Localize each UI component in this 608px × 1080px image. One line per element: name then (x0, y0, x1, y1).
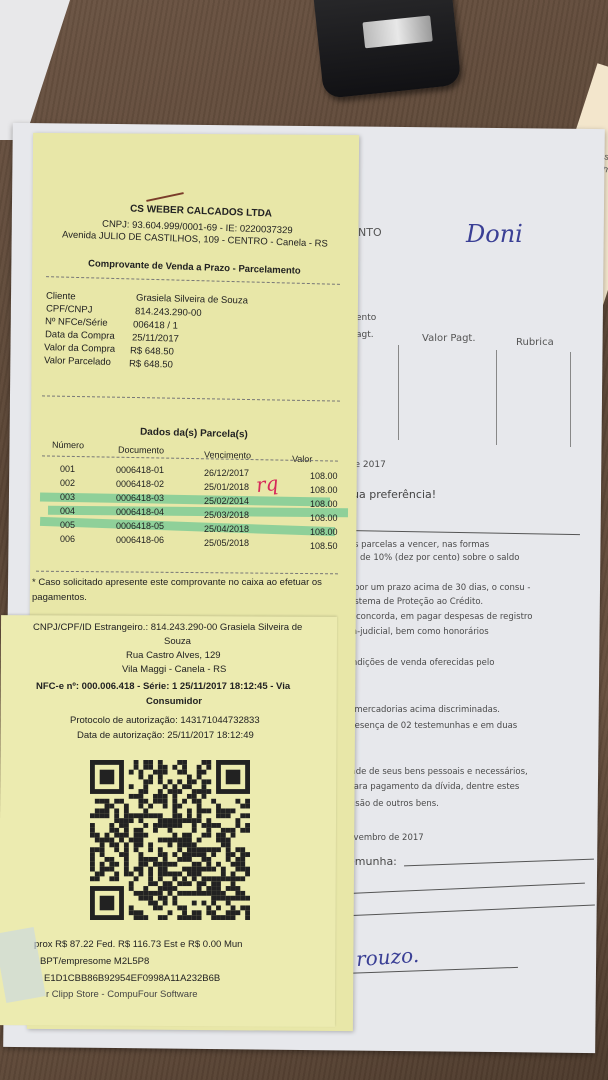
column-header: Número (52, 440, 84, 451)
installment-valor: 108.00 (310, 471, 338, 481)
installment-numero: 002 (60, 478, 75, 488)
field-value: 814.243.290-00 (134, 306, 201, 319)
contract-line: le para pagamento da dívida, dentre este… (338, 782, 519, 792)
column-header: Documento (118, 445, 164, 456)
installment-numero: 005 (60, 520, 75, 530)
receipt-note: pagamentos. (32, 592, 87, 603)
field-value: 25/11/2017 (131, 332, 178, 344)
installment-vencimento: 25/01/2018 (204, 482, 249, 492)
contract-line: por um prazo acima de 30 dias, o consu - (354, 583, 530, 593)
signature-top: Doni (466, 220, 523, 248)
auth-date: Data de autorização: 25/11/2017 18:12:49 (77, 730, 254, 741)
contract-line: condições de venda oferecidas pelo (342, 658, 494, 668)
contract-line: ilidade de seus bens pessoais e necessár… (338, 767, 528, 777)
installment-documento: 0006418-04 (116, 507, 164, 517)
contract-title-fragment: NTO (358, 226, 382, 239)
installment-documento: 0006418-05 (116, 521, 164, 531)
field-value: R$ 648.50 (128, 358, 172, 370)
installment-valor: 108.00 (310, 485, 338, 495)
consumer-city: Vila Maggi - Canela - RS (122, 664, 226, 675)
stapler (313, 0, 462, 99)
installment-documento: 0006418-02 (116, 479, 164, 489)
table-divider (398, 345, 399, 440)
installment-vencimento: 25/03/2018 (204, 510, 249, 520)
contract-place-date: Novembro de 2017 (342, 833, 424, 843)
col-valor-pagt: Valor Pagt. (422, 333, 476, 344)
field-label: Nº NFCe/Série (45, 316, 108, 329)
contract-line: a presença de 02 testemunhas e em duas (338, 721, 517, 731)
contract-line: s parcelas a vencer, nas formas (354, 540, 489, 550)
contract-line: de 10% (dez por cento) sobre o saldo (360, 553, 519, 563)
installment-vencimento: 25/04/2018 (204, 524, 249, 534)
installment-valor: 108.00 (310, 527, 338, 537)
installment-vencimento: 25/02/2014 (204, 496, 249, 506)
field-value: 006418 / 1 (133, 319, 178, 331)
consumer-name-cont: Souza (164, 636, 191, 647)
auth-protocol: Protocolo de autorização: 14317104473283… (70, 715, 260, 726)
stapler-plate (362, 15, 432, 48)
installment-numero: 003 (60, 492, 75, 502)
signature-bottom: rouzo. (355, 943, 420, 971)
receipt-note: * Caso solicitado apresente este comprov… (32, 577, 322, 588)
installment-vencimento: 26/12/2017 (204, 468, 249, 478)
installment-documento: 0006418-06 (116, 535, 164, 545)
handwritten-mark: rq (255, 471, 280, 497)
field-label: Data da Compra (44, 329, 114, 342)
installment-valor: 108.00 (310, 499, 338, 509)
installment-numero: 004 (60, 506, 75, 516)
field-label: Valor Parcelado (43, 355, 110, 368)
contract-col-fragment: agt. (356, 330, 374, 340)
contract-line: as mercadorias acima discriminadas. (342, 705, 500, 715)
field-value: R$ 648.50 (130, 345, 174, 357)
installment-documento: 0006418-03 (116, 493, 164, 503)
ibpt-line: BPT/empresome M2L5P8 (40, 956, 149, 967)
contract-col-fragment: ento (356, 313, 376, 323)
field-label: Cliente (46, 291, 76, 303)
contract-date-fragment: le 2017 (352, 460, 386, 470)
consumer-id: CNPJ/CPF/ID Estrangeiro.: 814.243.290-00… (33, 622, 302, 633)
installment-vencimento: 25/05/2018 (204, 538, 249, 548)
contract-line: concorda, em pagar despesas de registro (356, 612, 532, 622)
table-divider (570, 352, 571, 447)
nfce-number: NFC-e nº: 000.006.418 - Série: 1 25/11/2… (36, 681, 290, 692)
field-label: Valor da Compra (44, 342, 115, 355)
field-label: CPF/CNPJ (45, 303, 92, 315)
consumer-street: Rua Castro Alves, 129 (126, 650, 221, 661)
col-rubrica: Rubrica (516, 337, 554, 348)
installment-documento: 0006418-01 (116, 465, 164, 475)
installment-valor: 108.00 (310, 513, 338, 523)
software-line: r Clipp Store - CompuFour Software (46, 989, 198, 1000)
tax-approx: prox R$ 87.22 Fed. R$ 116.73 Est e R$ 0.… (34, 939, 242, 950)
nfce-via: Consumidor (146, 696, 202, 707)
installment-valor: 108.50 (310, 541, 338, 551)
contract-thanks: ua preferência! (352, 488, 436, 501)
table-divider (496, 350, 497, 445)
qr-code[interactable] (90, 760, 250, 920)
contract-line: xtra-judicial, bem como honorários (340, 627, 489, 637)
hash-line: E1D1CBB86B92954EF0998A11A232B6B (44, 973, 220, 984)
installment-numero: 006 (60, 534, 75, 544)
contract-line: istema de Proteção ao Crédito. (352, 597, 483, 607)
installment-numero: 001 (60, 464, 75, 474)
